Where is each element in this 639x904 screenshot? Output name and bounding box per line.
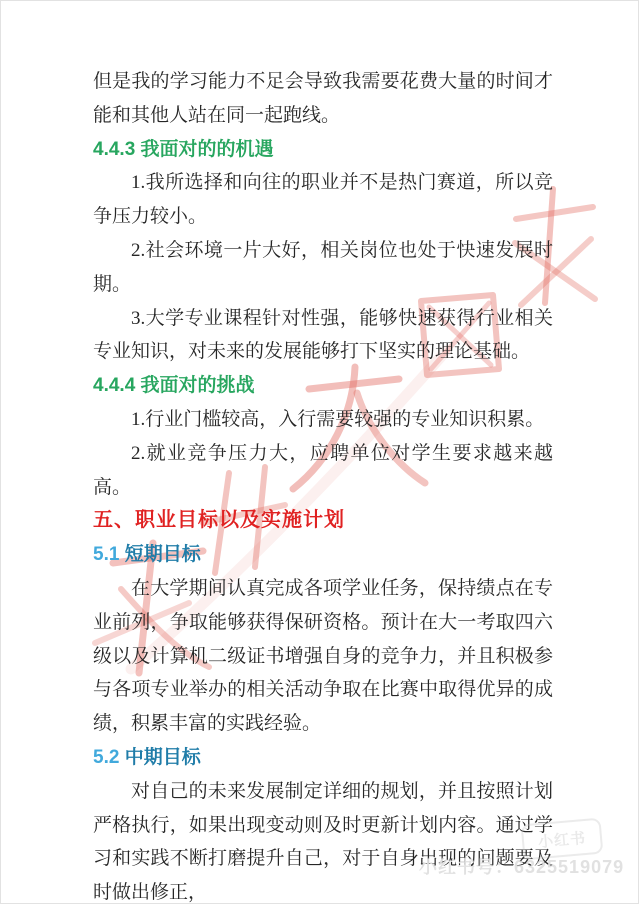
heading-number: 4.4.4 xyxy=(93,375,141,396)
heading-title: 我面对的挑战 xyxy=(141,375,255,396)
section-heading: 4.4.3 我面对的的机遇 xyxy=(93,133,553,167)
paragraph: 对自己的未来发展制定详细的规划，并且按照计划严格执行，如果出现变动则及时更新计划… xyxy=(93,775,553,904)
heading-title: 短期目标 xyxy=(125,544,201,565)
document-page: 但是我的学习能力不足会导致我需要花费大量的时间才能和其他人站在同一起跑线。4.4… xyxy=(0,0,639,904)
paragraph: 但是我的学习能力不足会导致我需要花费大量的时间才能和其他人站在同一起跑线。 xyxy=(93,65,553,133)
xiaohongshu-logo-text: 小红书 xyxy=(537,826,587,851)
paragraph: 1.行业门槛较高，入行需要较强的专业知识积累。 xyxy=(93,403,553,437)
heading-title: 中期目标 xyxy=(125,747,201,768)
heading-number: 5.1 xyxy=(93,544,125,565)
section-heading: 5.1 短期目标 xyxy=(93,538,553,572)
paragraph: 1.我所选择和向往的职业并不是热门赛道，所以竞争压力较小。 xyxy=(93,166,553,234)
document-body: 但是我的学习能力不足会导致我需要花费大量的时间才能和其他人站在同一起跑线。4.4… xyxy=(93,65,553,904)
paragraph: 在大学期间认真完成各项学业任务，保持绩点在专业前列，争取能够获得保研资格。预计在… xyxy=(93,572,553,741)
heading-number: 4.4.3 xyxy=(93,139,141,160)
paragraph: 3.大学专业课程针对性强，能够快速获得行业相关专业知识，对未来的发展能够打下坚实… xyxy=(93,302,553,370)
paragraph: 2.社会环境一片大好，相关岗位也处于快速发展时期。 xyxy=(93,234,553,302)
xiaohongshu-account-watermark: 小红书号：6325519079 xyxy=(419,853,634,879)
section-heading: 5.2 中期目标 xyxy=(93,741,553,775)
chapter-heading: 五、职业目标以及实施计划 xyxy=(93,504,553,538)
heading-title: 我面对的的机遇 xyxy=(141,139,274,160)
section-heading: 4.4.4 我面对的挑战 xyxy=(93,369,553,403)
heading-number: 5.2 xyxy=(93,747,125,768)
paragraph: 2.就业竞争压力大，应聘单位对学生要求越来越高。 xyxy=(93,437,553,505)
